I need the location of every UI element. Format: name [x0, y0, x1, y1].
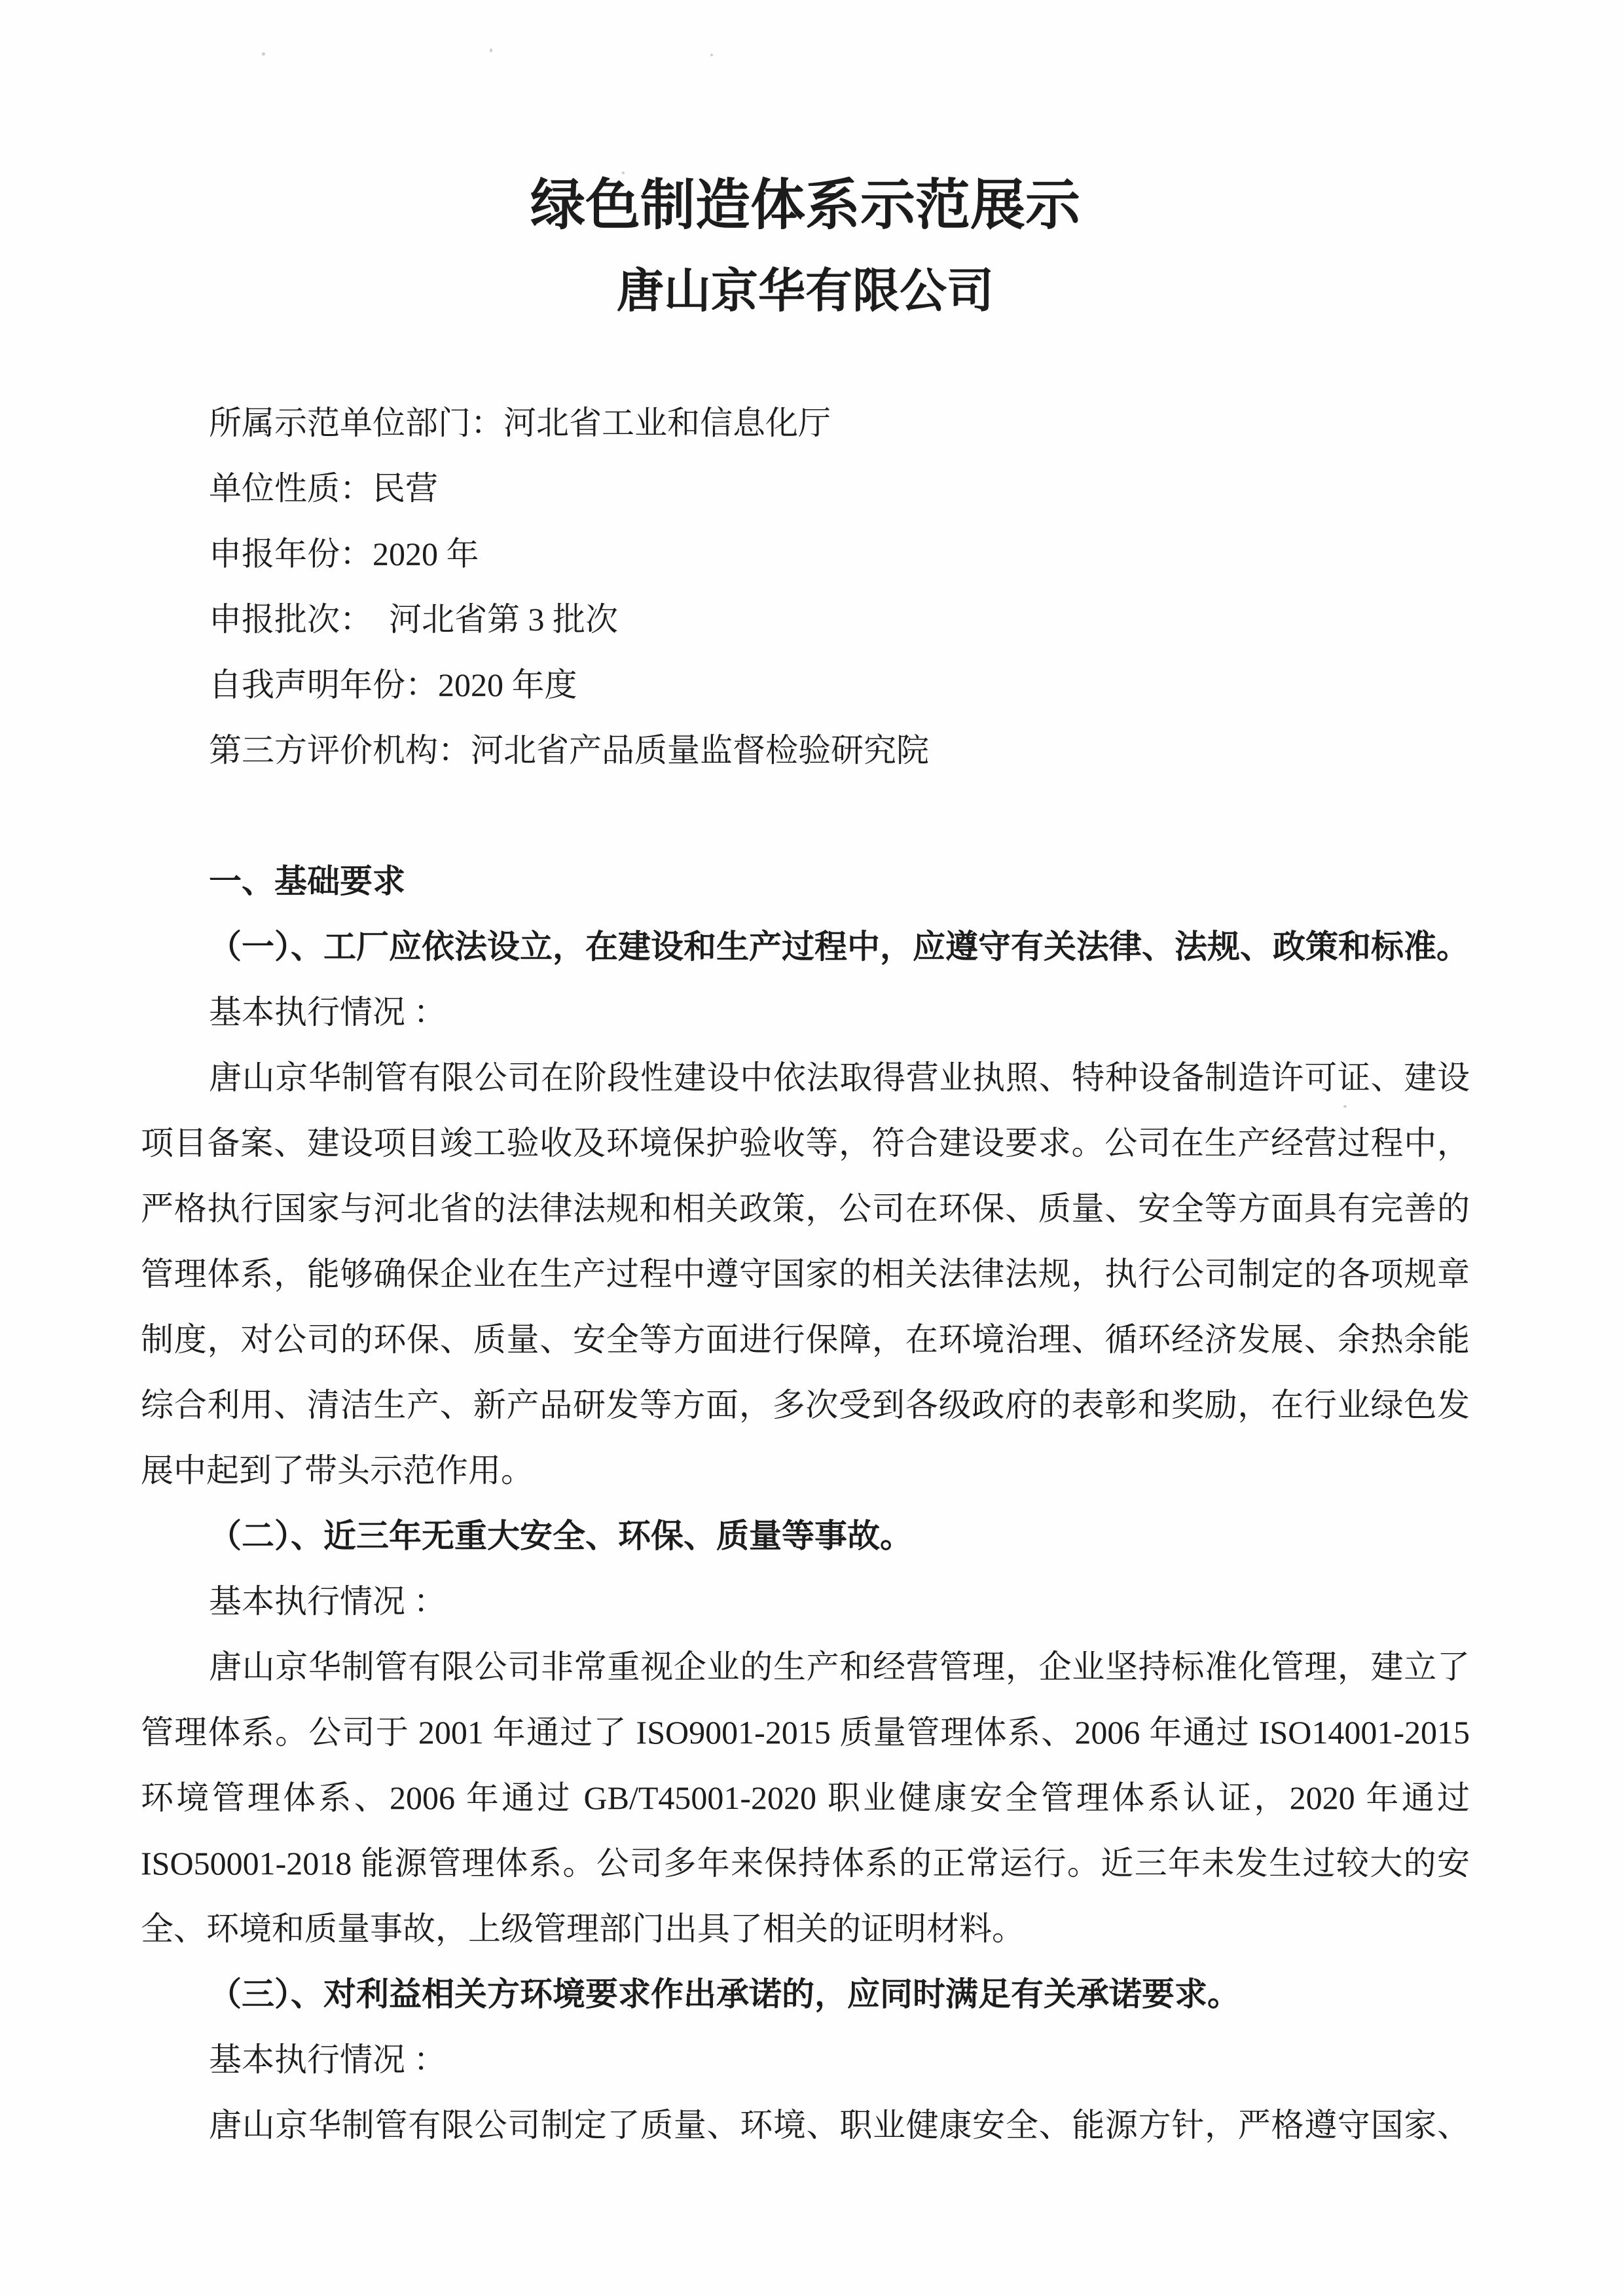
- paragraph-line: 唐山京华制管有限公司在阶段性建设中依法取得营业执照、特种设备制造许可证、建设: [141, 1045, 1470, 1110]
- item-heading-1: （一）、工厂应依法设立，在建设和生产过程中，应遵守有关法律、法规、政策和标准。: [141, 914, 1470, 979]
- paragraph-line: 唐山京华制管有限公司非常重视企业的生产和经营管理，企业坚持标准化管理，建立了: [141, 1634, 1470, 1700]
- paragraph-line: 全、环境和质量事故，上级管理部门出具了相关的证明材料。: [141, 1896, 1470, 1961]
- paragraph-line: 唐山京华制管有限公司制定了质量、环境、职业健康安全、能源方针，严格遵守国家、: [141, 2092, 1470, 2158]
- document-title: 绿色制造体系示范展示: [141, 167, 1470, 246]
- paragraph-line: 管理体系。公司于 2001 年通过了 ISO9001-2015 质量管理体系、2…: [141, 1700, 1470, 1765]
- scan-speck: [262, 52, 265, 56]
- execution-status-label: 基本执行情况 ：: [141, 2027, 1470, 2092]
- execution-status-label: 基本执行情况 ：: [141, 1569, 1470, 1634]
- paragraph-line: 制度，对公司的环保、质量、安全等方面进行保障，在环境治理、循环经济发展、余热余能: [141, 1307, 1470, 1372]
- paragraph-line: 环境管理体系、2006 年通过 GB/T45001-2020 职业健康安全管理体…: [141, 1765, 1470, 1831]
- paragraph-line: 综合利用、清洁生产、新产品研发等方面，多次受到各级政府的表彰和奖励，在行业绿色发: [141, 1372, 1470, 1438]
- meta-unit-type: 单位性质：民营: [141, 456, 1470, 521]
- paragraph-line: 管理体系，能够确保企业在生产过程中遵守国家的相关法律法规，执行公司制定的各项规章: [141, 1241, 1470, 1307]
- meta-department: 所属示范单位部门：河北省工业和信息化厅: [141, 390, 1470, 456]
- section-heading-basic-requirements: 一、基础要求: [141, 848, 1470, 914]
- meta-apply-batch: 申报批次： 河北省第 3 批次: [141, 587, 1470, 652]
- paragraph-line: 严格执行国家与河北省的法律法规和相关政策，公司在环保、质量、安全等方面具有完善的: [141, 1176, 1470, 1241]
- paragraph-line: 展中起到了带头示范作用。: [141, 1438, 1470, 1503]
- meta-third-party-agency: 第三方评价机构：河北省产品质量监督检验研究院: [141, 718, 1470, 783]
- meta-self-declare-year: 自我声明年份：2020 年度: [141, 652, 1470, 718]
- document-page: 绿色制造体系示范展示 唐山京华有限公司 所属示范单位部门：河北省工业和信息化厅 …: [0, 0, 1623, 2296]
- item-heading-2: （二）、近三年无重大安全、环保、质量等事故。: [141, 1503, 1470, 1569]
- scan-speck: [622, 172, 625, 174]
- item-heading-3: （三）、对利益相关方环境要求作出承诺的，应同时满足有关承诺要求。: [141, 1961, 1470, 2027]
- paragraph-line: 项目备案、建设项目竣工验收及环境保护验收等，符合建设要求。公司在生产经营过程中，: [141, 1110, 1470, 1176]
- metadata-block: 所属示范单位部门：河北省工业和信息化厅 单位性质：民营 申报年份：2020 年 …: [141, 390, 1470, 783]
- scan-speck: [1343, 1105, 1347, 1108]
- scan-speck: [490, 48, 492, 52]
- meta-apply-year: 申报年份：2020 年: [141, 521, 1470, 587]
- paragraph-line: ISO50001-2018 能源管理体系。公司多年来保持体系的正常运行。近三年未…: [141, 1831, 1470, 1896]
- document-body: 一、基础要求 （一）、工厂应依法设立，在建设和生产过程中，应遵守有关法律、法规、…: [141, 848, 1470, 2158]
- company-name: 唐山京华有限公司: [141, 252, 1470, 331]
- scan-speck: [710, 54, 713, 56]
- execution-status-label: 基本执行情况 ：: [141, 979, 1470, 1045]
